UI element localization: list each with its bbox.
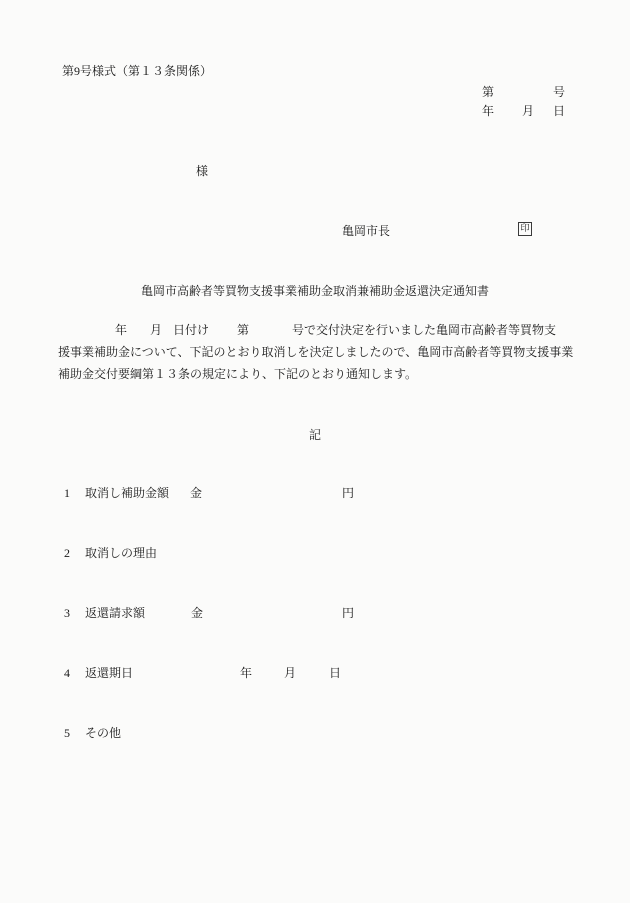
item-1-number: 1 bbox=[64, 486, 70, 501]
date-day-label: 日 bbox=[553, 104, 565, 119]
section-mark: 記 bbox=[0, 428, 630, 443]
body-month-label: 月 bbox=[150, 323, 162, 338]
item-5-label: その他 bbox=[85, 726, 121, 741]
item-1-label: 取消し補助金額 bbox=[85, 486, 169, 501]
doc-number-prefix: 第 bbox=[482, 85, 494, 100]
doc-number-suffix: 号 bbox=[553, 85, 565, 100]
item-2-label: 取消しの理由 bbox=[85, 546, 157, 561]
document-title: 亀岡市高齢者等買物支援事業補助金取消兼補助金返還決定通知書 bbox=[0, 284, 630, 299]
item-4-month-label: 月 bbox=[284, 666, 296, 681]
item-3-number: 3 bbox=[64, 606, 70, 621]
item-4-year-label: 年 bbox=[240, 666, 252, 681]
date-month-label: 月 bbox=[522, 104, 534, 119]
body-line1-text: 号で交付決定を行いました亀岡市高齢者等買物支 bbox=[292, 323, 556, 338]
item-4-number: 4 bbox=[64, 666, 70, 681]
item-4-label: 返還期日 bbox=[85, 666, 133, 681]
item-3-yen-prefix: 金 bbox=[191, 606, 203, 621]
document-page: 第9号様式（第１３条関係） 第 号 年 月 日 様 亀岡市長 印 亀岡市高齢者等… bbox=[0, 0, 630, 903]
sender-name: 亀岡市長 bbox=[342, 224, 390, 239]
body-dated-label: 日付け bbox=[173, 323, 209, 338]
date-year-label: 年 bbox=[482, 104, 494, 119]
item-3-label: 返還請求額 bbox=[85, 606, 145, 621]
seal-mark: 印 bbox=[518, 222, 532, 236]
item-4-day-label: 日 bbox=[329, 666, 341, 681]
body-line2-text: 援事業補助金について、下記のとおり取消しを決定しましたので、亀岡市高齢者等買物支… bbox=[58, 345, 573, 360]
item-2-number: 2 bbox=[64, 546, 70, 561]
body-year-label: 年 bbox=[115, 323, 127, 338]
addressee-honorific: 様 bbox=[196, 164, 208, 179]
form-number: 第9号様式（第１３条関係） bbox=[62, 64, 212, 79]
item-3-yen-suffix: 円 bbox=[342, 606, 354, 621]
item-1-yen-suffix: 円 bbox=[342, 486, 354, 501]
body-number-prefix: 第 bbox=[237, 323, 249, 338]
body-line3-text: 補助金交付要綱第１３条の規定により、下記のとおり通知します。 bbox=[58, 367, 417, 382]
item-5-number: 5 bbox=[64, 726, 70, 741]
item-1-yen-prefix: 金 bbox=[190, 486, 202, 501]
